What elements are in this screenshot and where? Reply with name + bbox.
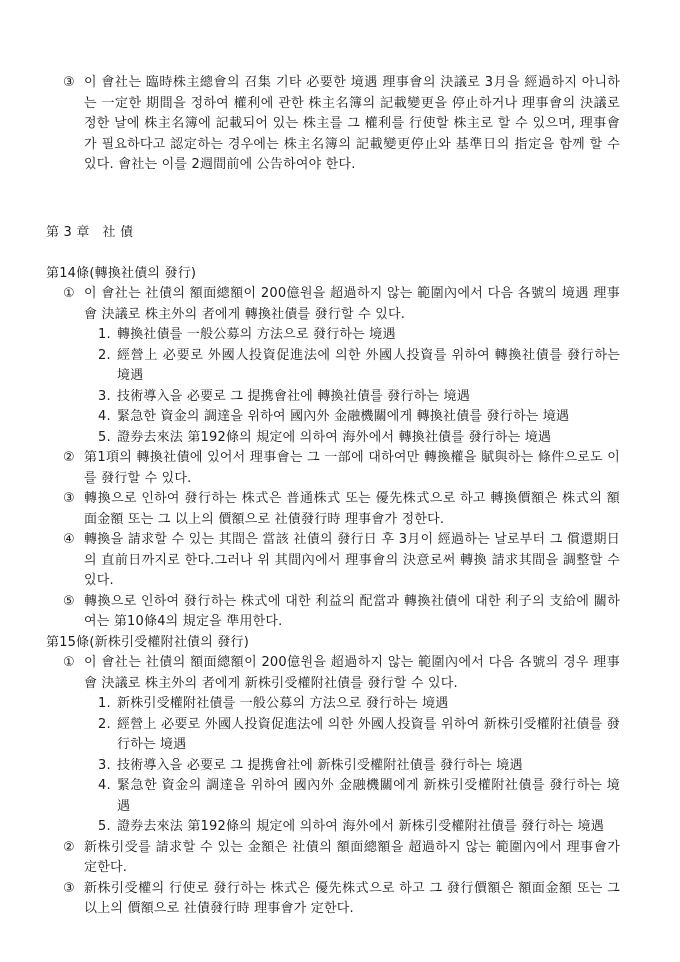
- clause-marker: ①: [63, 653, 84, 838]
- item-text: 緊急한 資金의 調達을 위하여 國內外 金融機關에게 新株引受權附社債를 發行하…: [117, 776, 620, 817]
- list-item: 5. 證券去來法 第192條의 規定에 의하여 海外에서 新株引受權附社債를 發…: [98, 817, 620, 838]
- article-15-heading: 第15條(新株引受權附社債의 發行): [46, 633, 620, 654]
- item-number: 1.: [98, 325, 117, 346]
- list-item: 3. 技術導入을 必要로 그 提携會社에 轉換社債를 發行하는 境遇: [98, 387, 620, 408]
- article-15-clause-1: ① 이 會社는 社債의 額面總額이 200億원을 超過하지 않는 範圍內에서 다…: [63, 653, 620, 838]
- item-number: 1.: [98, 694, 117, 715]
- list-item: 2. 經營上 必要로 外國人投資促進法에 의한 外國人投資를 위하여 新株引受權…: [98, 715, 620, 756]
- document-page: ③ 이 會社는 臨時株主總會의 召集 기타 必要한 境遇 理事會의 決議로 3月…: [0, 0, 680, 962]
- item-text: 轉換社債를 一般公募의 方法으로 發行하는 境遇: [117, 325, 620, 346]
- clause-text: 新株引受를 請求할 수 있는 金額은 社債의 額面總額을 超過하지 않는 範圍內…: [84, 838, 620, 879]
- leading-clause: ③ 이 會社는 臨時株主總會의 召集 기타 必要한 境遇 理事會의 決議로 3月…: [63, 73, 620, 176]
- item-text: 經營上 必要로 外國人投資促進法에 의한 外國人投資를 위하여 轉換社債를 發行…: [117, 346, 620, 387]
- list-item: 2. 經營上 必要로 外國人投資促進法에 의한 外國人投資를 위하여 轉換社債를…: [98, 346, 620, 387]
- item-text: 新株引受權附社債를 一般公募의 方法으로 發行하는 境遇: [117, 694, 620, 715]
- clause-text: 이 會社는 臨時株主總會의 召集 기타 必要한 境遇 理事會의 決議로 3月을 …: [84, 73, 620, 176]
- item-number: 2.: [98, 346, 117, 387]
- clause-text: 이 會社는 社債의 額面總額이 200億원을 超過하지 않는 範圍內에서 다음 …: [84, 284, 620, 325]
- clause-text: 轉換으로 인하여 發行하는 株式에 대한 利益의 配當과 轉換社債에 대한 利子…: [84, 592, 620, 633]
- item-text: 技術導入을 必要로 그 提携會社에 新株引受權附社債를 發行하는 境遇: [117, 756, 620, 777]
- list-item: 4. 緊急한 資金의 調達을 위하여 國內外 金融機關에게 轉換社債를 發行하는…: [98, 407, 620, 428]
- item-text: 經營上 必要로 外國人投資促進法에 의한 外國人投資를 위하여 新株引受權附社債…: [117, 715, 620, 756]
- item-number: 5.: [98, 428, 117, 449]
- item-text: 證券去來法 第192條의 規定에 의하여 海外에서 新株引受權附社債를 發行하는…: [117, 817, 620, 838]
- document-content: ③ 이 會社는 臨時株主總會의 召集 기타 必要한 境遇 理事會의 決議로 3月…: [46, 73, 620, 920]
- article-14-clause-4: ④ 轉換을 請求할 수 있는 其間은 當該 社債의 發行日 후 3月이 經過하는…: [63, 530, 620, 592]
- item-number: 4.: [98, 776, 117, 817]
- clause-marker: ②: [63, 838, 84, 879]
- list-item: 1. 新株引受權附社債를 一般公募의 方法으로 發行하는 境遇: [98, 694, 620, 715]
- list-item: 3. 技術導入을 必要로 그 提携會社에 新株引受權附社債를 發行하는 境遇: [98, 756, 620, 777]
- item-number: 4.: [98, 407, 117, 428]
- clause-text: 轉換을 請求할 수 있는 其間은 當該 社債의 發行日 후 3月이 經過하는 날…: [84, 530, 620, 592]
- clause-marker: ①: [63, 284, 84, 448]
- clause-marker: ③: [63, 879, 84, 920]
- item-text: 技術導入을 必要로 그 提携會社에 轉換社債를 發行하는 境遇: [117, 387, 620, 408]
- list-item: 5. 證券去來法 第192條의 規定에 의하여 海外에서 轉換社債를 發行하는 …: [98, 428, 620, 449]
- clause-marker: ④: [63, 530, 84, 592]
- clause-text: 第1項의 轉換社債에 있어서 理事會는 그 一部에 대하여만 轉換權을 賦與하는…: [84, 448, 620, 489]
- chapter-heading: 第 3 章 社 債: [46, 223, 620, 244]
- article-14-clause-2: ② 第1項의 轉換社債에 있어서 理事會는 그 一部에 대하여만 轉換權을 賦與…: [63, 448, 620, 489]
- clause-text: 新株引受權의 行使로 發行하는 株式은 優先株式으로 하고 그 發行價額은 額面…: [84, 879, 620, 920]
- article-14-clause-3: ③ 轉換으로 인하여 發行하는 株式은 普通株式 또는 優先株式으로 하고 轉換…: [63, 489, 620, 530]
- item-text: 證券去來法 第192條의 規定에 의하여 海外에서 轉換社債를 發行하는 境遇: [117, 428, 620, 449]
- item-number: 5.: [98, 817, 117, 838]
- article-15-clause-3: ③ 新株引受權의 行使로 發行하는 株式은 優先株式으로 하고 그 發行價額은 …: [63, 879, 620, 920]
- item-number: 3.: [98, 756, 117, 777]
- clause-marker: ⑤: [63, 592, 84, 633]
- list-item: 1. 轉換社債를 一般公募의 方法으로 發行하는 境遇: [98, 325, 620, 346]
- article-15-clause-2: ② 新株引受를 請求할 수 있는 金額은 社債의 額面總額을 超過하지 않는 範…: [63, 838, 620, 879]
- clause-text: 轉換으로 인하여 發行하는 株式은 普通株式 또는 優先株式으로 하고 轉換價額…: [84, 489, 620, 530]
- list-item: 4. 緊急한 資金의 調達을 위하여 國內外 金融機關에게 新株引受權附社債를 …: [98, 776, 620, 817]
- clause-marker: ②: [63, 448, 84, 489]
- article-14-clause-1: ① 이 會社는 社債의 額面總額이 200億원을 超過하지 않는 範圍內에서 다…: [63, 284, 620, 448]
- clause-marker: ③: [63, 489, 84, 530]
- clause-text: 이 會社는 社債의 額面總額이 200億원을 超過하지 않는 範圍內에서 다음 …: [84, 653, 620, 694]
- item-text: 緊急한 資金의 調達을 위하여 國內外 金融機關에게 轉換社債를 發行하는 境遇: [117, 407, 620, 428]
- item-number: 3.: [98, 387, 117, 408]
- item-number: 2.: [98, 715, 117, 756]
- article-14-clause-5: ⑤ 轉換으로 인하여 發行하는 株式에 대한 利益의 配當과 轉換社債에 대한 …: [63, 592, 620, 633]
- clause-marker: ③: [63, 73, 84, 176]
- article-14-heading: 第14條(轉換社債의 發行): [46, 264, 620, 285]
